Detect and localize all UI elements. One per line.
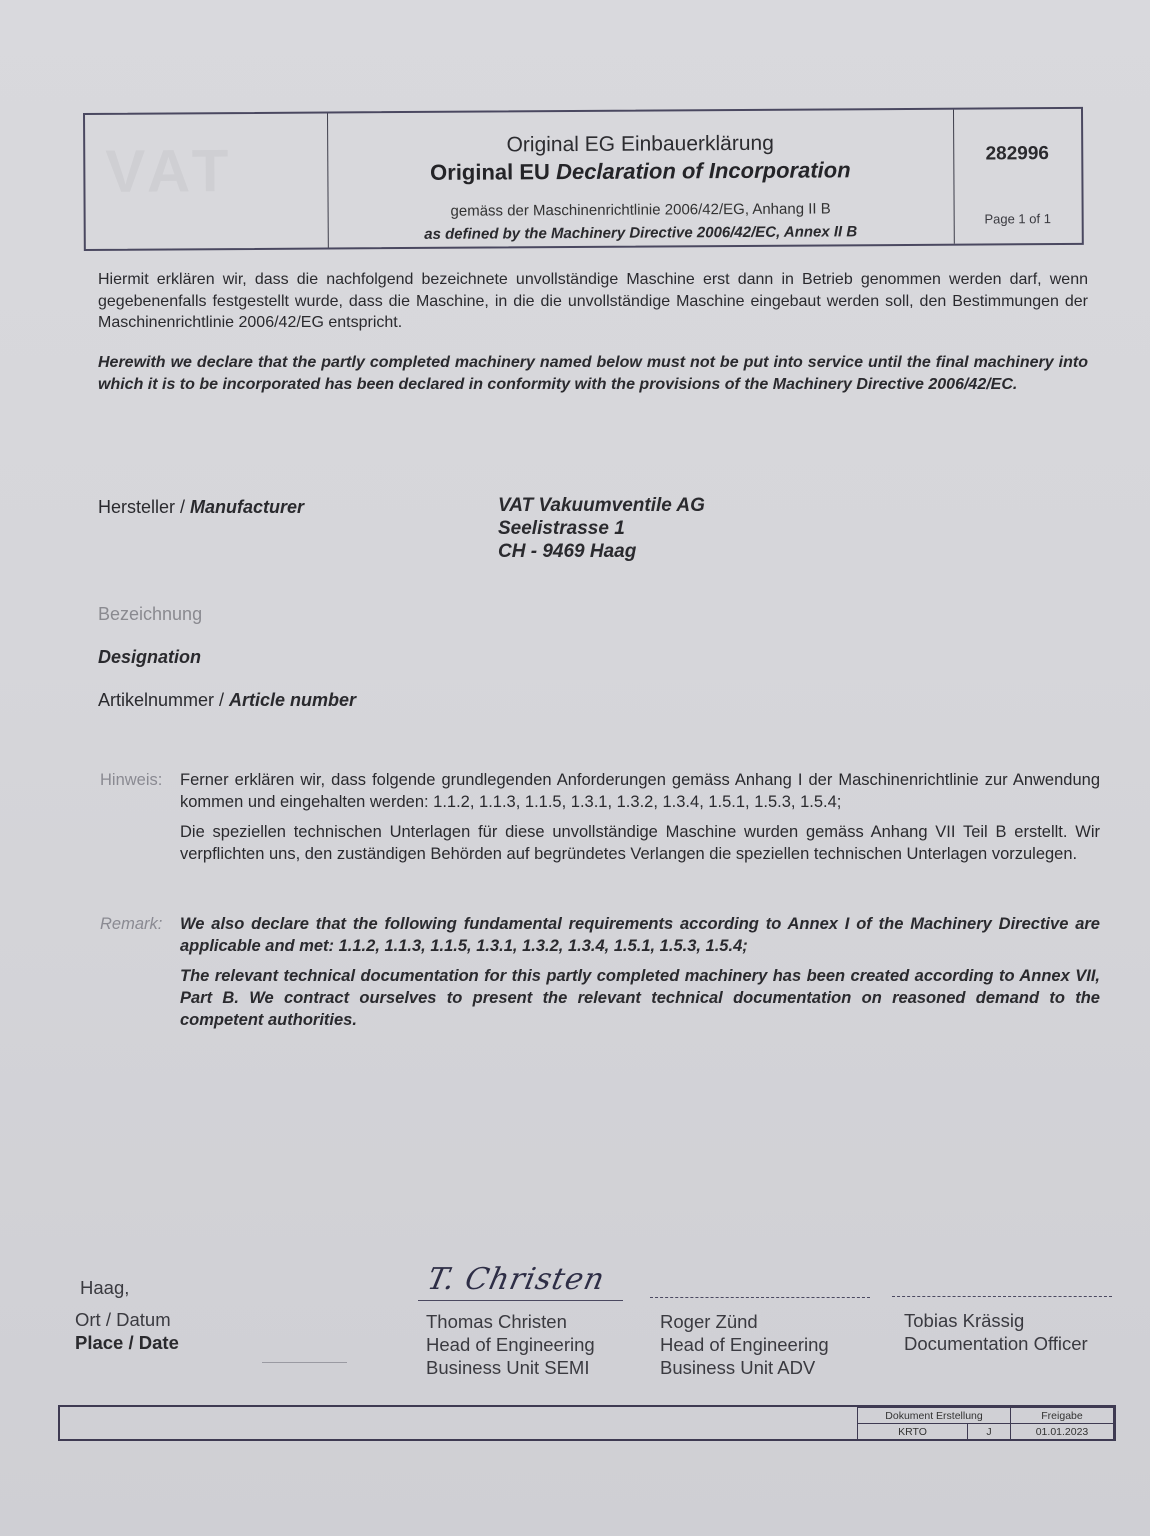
manufacturer-label: Hersteller / Manufacturer	[98, 497, 304, 518]
signer-name: Roger Zünd	[660, 1310, 829, 1333]
document-footer: Dokument Erstellung Freigabe KRTO J 01.0…	[58, 1405, 1116, 1441]
company-logo-area: VAT	[85, 114, 329, 249]
doc-creation-label: Dokument Erstellung	[858, 1408, 1011, 1424]
manufacturer-street: Seelistrasse 1	[498, 517, 705, 540]
designation-label-german: Bezeichnung	[98, 604, 202, 625]
page-indicator: Page 1 of 1	[954, 211, 1082, 227]
subtitle-english: as defined by the Machinery Directive 20…	[328, 223, 954, 244]
signer-name: Thomas Christen	[426, 1310, 595, 1333]
subtitle-german: gemäss der Maschinenrichtlinie 2006/42/E…	[328, 200, 954, 221]
signature-line-2	[650, 1297, 870, 1298]
date-line	[262, 1362, 347, 1363]
intro-english: Herewith we declare that the partly comp…	[98, 352, 1088, 395]
hinweis-paragraph: Ferner erklären wir, dass folgende grund…	[180, 769, 1100, 813]
hinweis-section: Hinweis: Ferner erklären wir, dass folge…	[100, 769, 1100, 899]
place-date-label: Ort / Datum Place / Date	[75, 1308, 179, 1354]
signer-block: Roger Zünd Head of Engineering Business …	[660, 1310, 829, 1379]
place-value: Haag,	[80, 1276, 129, 1299]
hinweis-body: Ferner erklären wir, dass folgende grund…	[180, 769, 1100, 873]
title-german: Original EG Einbauerklärung	[327, 131, 953, 159]
signer-unit: Business Unit SEMI	[426, 1356, 595, 1379]
remark-section: Remark: We also declare that the followi…	[100, 913, 1100, 1043]
release-label: Freigabe	[1011, 1408, 1114, 1424]
remark-paragraph: We also declare that the following funda…	[180, 913, 1100, 957]
remark-paragraph: The relevant technical documentation for…	[180, 965, 1100, 1031]
faded-logo: VAT	[105, 136, 235, 206]
manufacturer-city: CH - 9469 Haag	[498, 540, 705, 563]
creator-code: KRTO	[858, 1424, 968, 1440]
release-date: 01.01.2023	[1011, 1424, 1114, 1440]
title-english: Original EU Declaration of Incorporation	[327, 157, 953, 187]
manufacturer-name: VAT Vakuumventile AG	[498, 494, 705, 517]
revision-letter: J	[968, 1424, 1011, 1440]
document-number: 282996	[953, 143, 1081, 166]
designation-label-english: Designation	[98, 647, 201, 668]
intro-german: Hiermit erklären wir, dass die nachfolge…	[98, 269, 1088, 334]
header-meta: 282996 Page 1 of 1	[953, 109, 1082, 244]
signer-name: Tobias Krässig	[904, 1309, 1088, 1332]
hinweis-paragraph: Die speziellen technischen Unterlagen fü…	[180, 821, 1100, 865]
handwritten-signature: T. Christen	[424, 1262, 608, 1297]
signature-line-3	[892, 1296, 1112, 1297]
hinweis-key: Hinweis:	[100, 769, 162, 791]
signer-role: Head of Engineering	[426, 1333, 595, 1356]
signer-role: Head of Engineering	[660, 1333, 829, 1356]
remark-body: We also declare that the following funda…	[180, 913, 1100, 1039]
release-table: Dokument Erstellung Freigabe KRTO J 01.0…	[857, 1407, 1114, 1440]
signer-unit: Business Unit ADV	[660, 1356, 829, 1379]
manufacturer-address: VAT Vakuumventile AG Seelistrasse 1 CH -…	[498, 494, 705, 563]
article-number-label: Artikelnummer / Article number	[98, 690, 356, 711]
document-header: VAT Original EG Einbauerklärung Original…	[83, 107, 1084, 251]
signer-block: Thomas Christen Head of Engineering Busi…	[426, 1310, 595, 1379]
remark-key: Remark:	[100, 913, 162, 935]
header-title-block: Original EG Einbauerklärung Original EU …	[327, 110, 955, 248]
signer-block: Tobias Krässig Documentation Officer	[904, 1309, 1088, 1355]
signature-line-1	[418, 1300, 623, 1301]
signer-role: Documentation Officer	[904, 1332, 1088, 1355]
